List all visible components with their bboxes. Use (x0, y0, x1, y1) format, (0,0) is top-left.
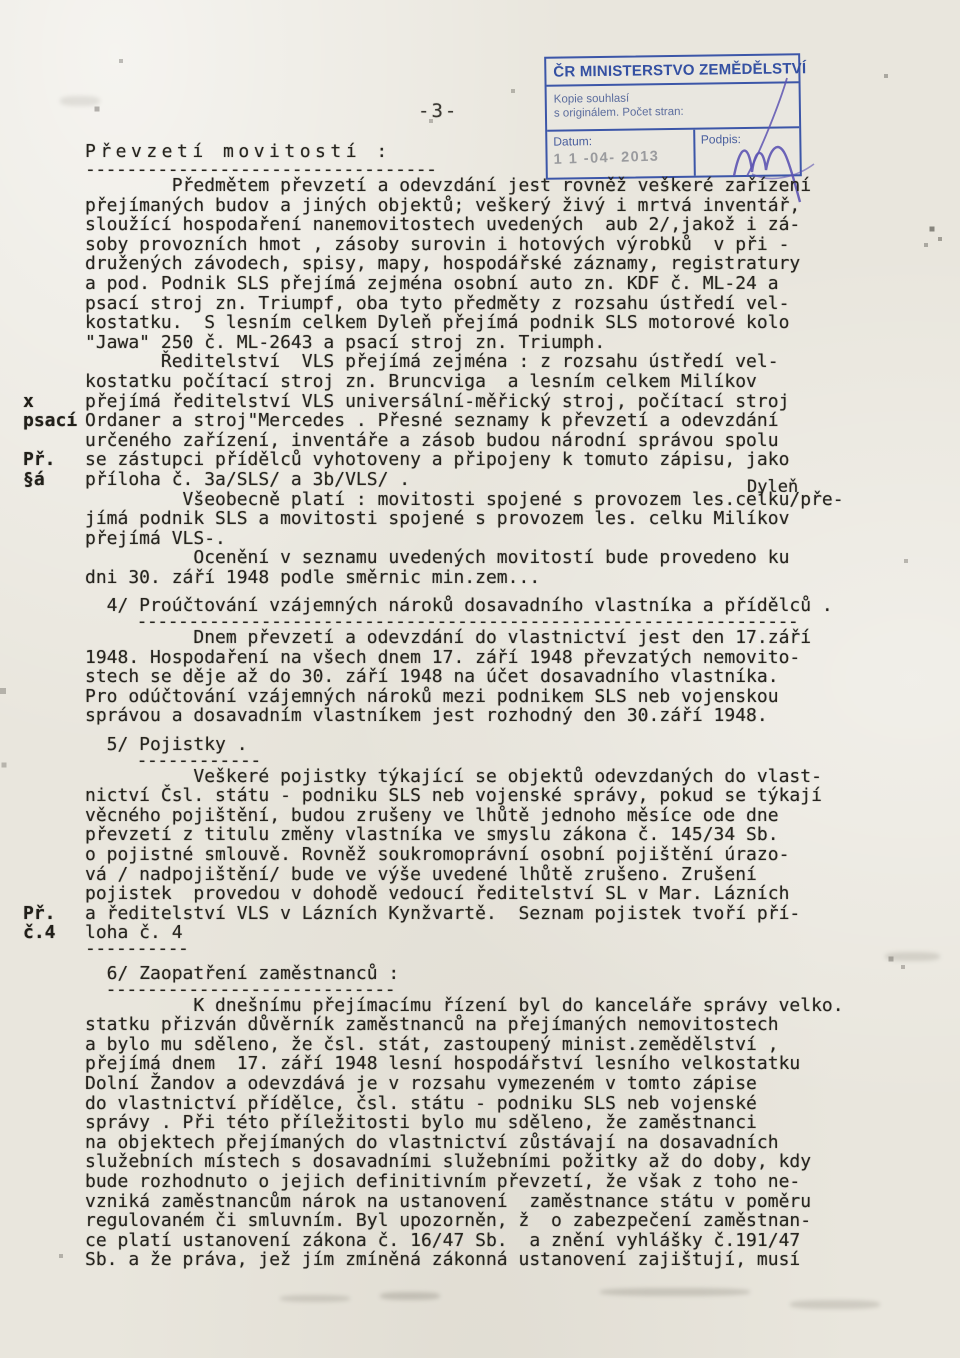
section-heading: 5/ Pojistky . (85, 735, 905, 755)
document-line: K dnešnímu přejímacímu řízení byl do kan… (85, 996, 905, 1016)
document-line: Dolní Žandov a odevzdává je v rozsahu vy… (85, 1074, 905, 1094)
document-line: vzniká zaměstnancům nárok na ustanovení … (85, 1192, 905, 1212)
interline-insertion: Dyleň (747, 478, 798, 498)
scan-smudge (60, 96, 100, 106)
document-line: o pojistné smlouvě. Rovněž soukromoprávn… (85, 845, 905, 865)
dash-underline: ---------------------------- (85, 984, 905, 996)
dash-underline: ------------ (85, 755, 905, 767)
document-line: a bylo mu sděleno, že čsl. stát, zastoup… (85, 1035, 905, 1055)
margin-annotation: §á (23, 470, 45, 490)
margin-annotation: Př. (23, 904, 56, 924)
stamp-title: ČR MINISTERSTVO ZEMĚDĚLSTVÍ (546, 55, 798, 87)
document-line: vá / nadpojištění/ bude ve výše uvedené … (85, 865, 905, 885)
document-line: na objektech přejímaných do vlastnictví … (85, 1133, 905, 1153)
margin-annotation: x (23, 392, 34, 412)
stamp-copy-line2: s originálem. Počet stran: (554, 103, 792, 120)
document-line: regulovaném či smluvním. Byl upozorněn, … (85, 1211, 905, 1231)
dash-underline: ---------- (85, 943, 905, 955)
document-line: 1948. Hospodaření na všech dnem 17. září… (85, 648, 905, 668)
section-heading: 6/ Zaopatření zaměstnanců : (85, 964, 905, 984)
document-line: jímá podnik SLS a movitosti spojené s pr… (85, 509, 905, 529)
document-line: družených závodech, spisy, mapy, hospodá… (85, 254, 905, 274)
margin-annotation: č.4 (23, 923, 56, 943)
scan-smudge (380, 1292, 440, 1300)
document-line: kostatku. S lesním celkem Dyleň přejímá … (85, 313, 905, 333)
margin-annotation: Př. (23, 450, 56, 470)
document-line: služebních místech s dosavadními služebn… (85, 1152, 905, 1172)
document-line: "Jawa" 250 č. ML-2643 a psací stroj zn. … (85, 333, 905, 353)
document-line: a pod. Podnik SLS přejímá zejména osobní… (85, 274, 905, 294)
document-line: statku přizván důvěrník zaměstnanců na p… (85, 1015, 905, 1035)
document-line: Předmětem převzetí a odevzdání jest rovn… (85, 176, 905, 196)
scan-smudge (790, 1300, 880, 1309)
document-line: Veškeré pojistky týkající se objektů ode… (85, 767, 905, 787)
stamp-certification-text: Kopie souhlasí s originálem. Počet stran… (547, 83, 800, 130)
document-line: přejímá dnem 17. září 1948 lesní hospodá… (85, 1054, 905, 1074)
document-line: Ředitelství VLS přejímá zejména : z rozs… (85, 352, 905, 372)
document-line: přejímá ředitelství VLS universální-měři… (85, 392, 905, 412)
document-line: do vlastnictví přídělce, čsl. státu - po… (85, 1094, 905, 1114)
margin-annotation: psací (23, 411, 77, 431)
document-line: loha č. 4č.4 (85, 923, 905, 943)
scan-smudge (280, 1295, 350, 1302)
document-line: správy . Při této příležitosti bylo mu s… (85, 1113, 905, 1133)
scan-speckles (0, 0, 2, 2)
document-line: ce platí ustanovení zákona č. 16/47 Sb. … (85, 1231, 905, 1251)
document-line: bude rozhodnuto o jejich definitivním př… (85, 1172, 905, 1192)
document-line: správou a dosavadním vlastníkem jest roz… (85, 706, 905, 726)
document-body: Převzetí movitostí :--------------------… (85, 140, 905, 1270)
document-line: Pro odúčtování vzájemných nároků mezi po… (85, 687, 905, 707)
document-line: soby provozních hmot , zásoby surovin i … (85, 235, 905, 255)
page-number: -3- (418, 100, 458, 122)
document-line: dni 30. září 1948 podle směrnic min.zem.… (85, 568, 905, 588)
document-line: sloužící hospodaření nanemovitostech uve… (85, 215, 905, 235)
document-line: přejímá VLS-. (85, 529, 905, 549)
document-line: se zástupci přídělců vyhotoveny a připoj… (85, 450, 905, 470)
document-line: psací stroj zn. Triumpf, oba tyto předmě… (85, 294, 905, 314)
scan-smudge (885, 952, 940, 961)
document-line: převzetí z titulu změny vlastníka ve smy… (85, 825, 905, 845)
document-line: Dnem převzetí a odevzdání do vlastnictví… (85, 628, 905, 648)
document-line: pojistek provedou v dohodě vedoucí ředit… (85, 884, 905, 904)
document-line: věcného pojištění, budou zrušeny ve lhůt… (85, 806, 905, 826)
document-line: a ředitelství VLS v Lázních Kynžvartě. S… (85, 904, 905, 924)
section-heading: 4/ Proúčtování vzájemných nároků dosavad… (85, 596, 905, 616)
document-line: stech se děje až do 30. září 1948 na úče… (85, 667, 905, 687)
document-line: Sb. a že práva, jež jím zmíněná zákonná … (85, 1250, 905, 1270)
scanned-document-page: { "page": { "number": "-3-" }, "stamp": … (0, 0, 960, 1358)
document-line: Ocenění v seznamu uvedených movitostí bu… (85, 548, 905, 568)
document-line: nictví Čsl. státu - podniku SLS neb voje… (85, 786, 905, 806)
document-line: Ordaner a stroj"Mercedes . Přesné seznam… (85, 411, 905, 431)
document-line: Všeobecně platí : movitosti spojené s pr… (85, 490, 905, 510)
document-line: přejímaných budov a jiných objektů; vešk… (85, 196, 905, 216)
document-line: určeného zařízení, inventáře a zásob bud… (85, 431, 905, 451)
document-title: Převzetí movitostí : (85, 140, 905, 164)
document-line: kostatku počítací stroj zn. Bruncviga a … (85, 372, 905, 392)
scan-smudge (600, 1288, 750, 1296)
